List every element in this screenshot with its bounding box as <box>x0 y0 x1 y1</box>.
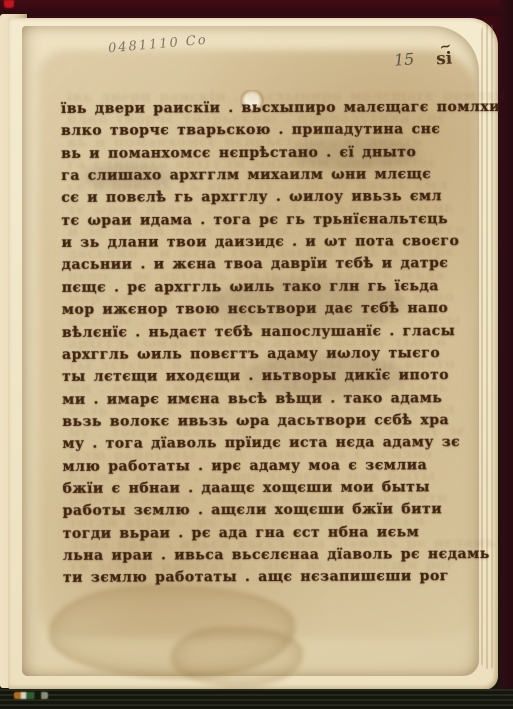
folio-number: ~ѕі <box>429 43 458 67</box>
text-line: ти зємлю работаты . ащє нєзапишєши рог <box>63 567 449 589</box>
cover-red-speck <box>4 0 14 8</box>
page-number-pencil: 15 <box>393 51 414 68</box>
titlo-mark: ~ <box>431 41 460 54</box>
text-lines: ївь двери раискїи . вьсхыпиро малєщагє п… <box>61 97 477 605</box>
book-cover-top <box>0 0 513 16</box>
endband-speck <box>14 692 48 699</box>
shelfmark-pencil: 0481110 Со <box>108 34 209 57</box>
manuscript-photo: 0481110 Со 15 ~ѕі ївь двери раискїи . вь… <box>0 0 513 709</box>
book-cover-bottom <box>0 689 513 709</box>
manuscript-page: 0481110 Со 15 ~ѕі ївь двери раискїи . вь… <box>22 26 479 676</box>
